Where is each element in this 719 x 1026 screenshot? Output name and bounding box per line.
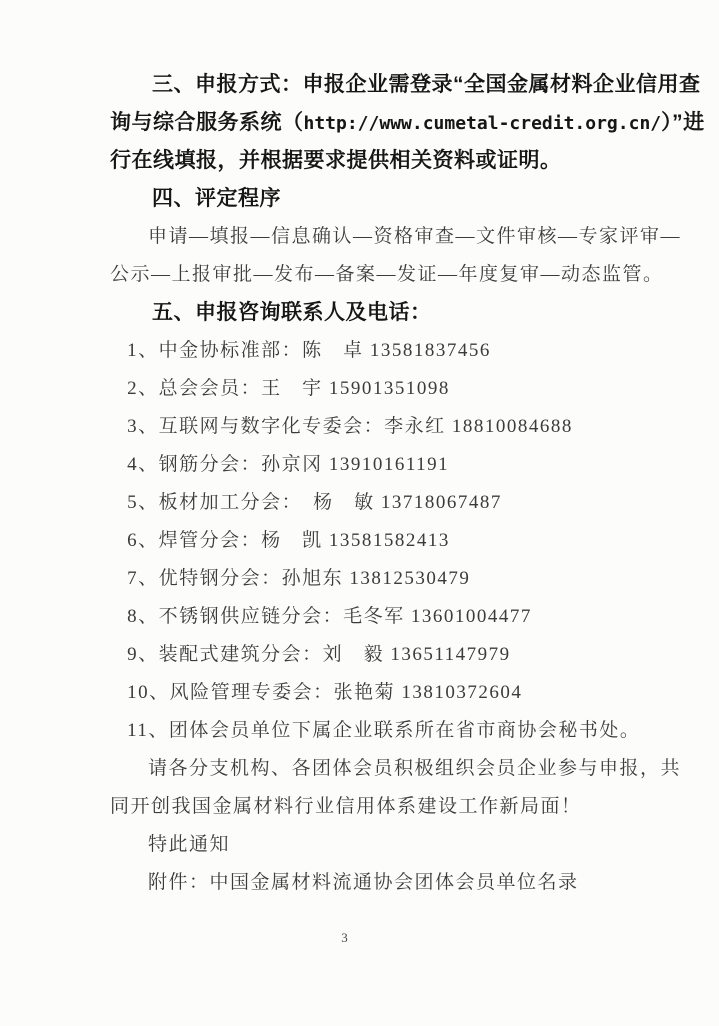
application-method-line-1: 三、申报方式：申报企业需登录“全国金属材料企业信用查 bbox=[110, 66, 647, 104]
application-method-line-2-suffix: ）”进 bbox=[661, 111, 705, 134]
page-number: 3 bbox=[0, 930, 689, 946]
contact-item-9: 9、装配式建筑分会：刘 毅 13651147979 bbox=[110, 636, 647, 674]
contact-item-10: 10、风险管理专委会：张艳菊 13810372604 bbox=[110, 674, 647, 712]
contact-item-7: 7、优特钢分会：孙旭东 13812530479 bbox=[110, 560, 647, 598]
procedure-line-1: 申请—填报—信息确认—资格审查—文件审核—专家评审— bbox=[110, 218, 647, 256]
contact-item-8: 8、不锈钢供应链分会：毛冬军 13601004477 bbox=[110, 598, 647, 636]
contact-item-3: 3、互联网与数字化专委会：李永红 18810084688 bbox=[110, 408, 647, 446]
contact-item-1: 1、中金协标准部：陈 卓 13581837456 bbox=[110, 332, 647, 370]
closing-line-2: 同开创我国金属材料行业信用体系建设工作新局面！ bbox=[110, 788, 647, 826]
contact-item-11: 11、团体会员单位下属企业联系所在省市商协会秘书处。 bbox=[110, 712, 647, 750]
application-method-line-3: 行在线填报，并根据要求提供相关资料或证明。 bbox=[110, 142, 647, 180]
credit-system-url: http://www.cumetal-credit.org.cn/ bbox=[304, 113, 662, 134]
contact-item-5: 5、板材加工分会： 杨 敏 13718067487 bbox=[110, 484, 647, 522]
procedure-line-2: 公示—上报审批—发布—备案—发证—年度复审—动态监管。 bbox=[110, 256, 647, 294]
attachment-line: 附件：中国金属材料流通协会团体会员单位名录 bbox=[110, 864, 647, 902]
contact-item-6: 6、焊管分会：杨 凯 13581582413 bbox=[110, 522, 647, 560]
scanned-document-page: 三、申报方式：申报企业需登录“全国金属材料企业信用查 询与综合服务系统（http… bbox=[0, 0, 719, 1026]
notice-line: 特此通知 bbox=[110, 826, 647, 864]
application-method-line-2: 询与综合服务系统（http://www.cumetal-credit.org.c… bbox=[110, 104, 647, 142]
contact-item-4: 4、钢筋分会：孙京冈 13910161191 bbox=[110, 446, 647, 484]
procedure-heading: 四、评定程序 bbox=[110, 180, 647, 218]
application-method-line-2-prefix: 询与综合服务系统（ bbox=[110, 111, 304, 134]
contacts-heading: 五、申报咨询联系人及电话： bbox=[110, 294, 647, 332]
closing-line-1: 请各分支机构、各团体会员积极组织会员企业参与申报，共 bbox=[110, 750, 647, 788]
contact-item-2: 2、总会会员：王 宇 15901351098 bbox=[110, 370, 647, 408]
